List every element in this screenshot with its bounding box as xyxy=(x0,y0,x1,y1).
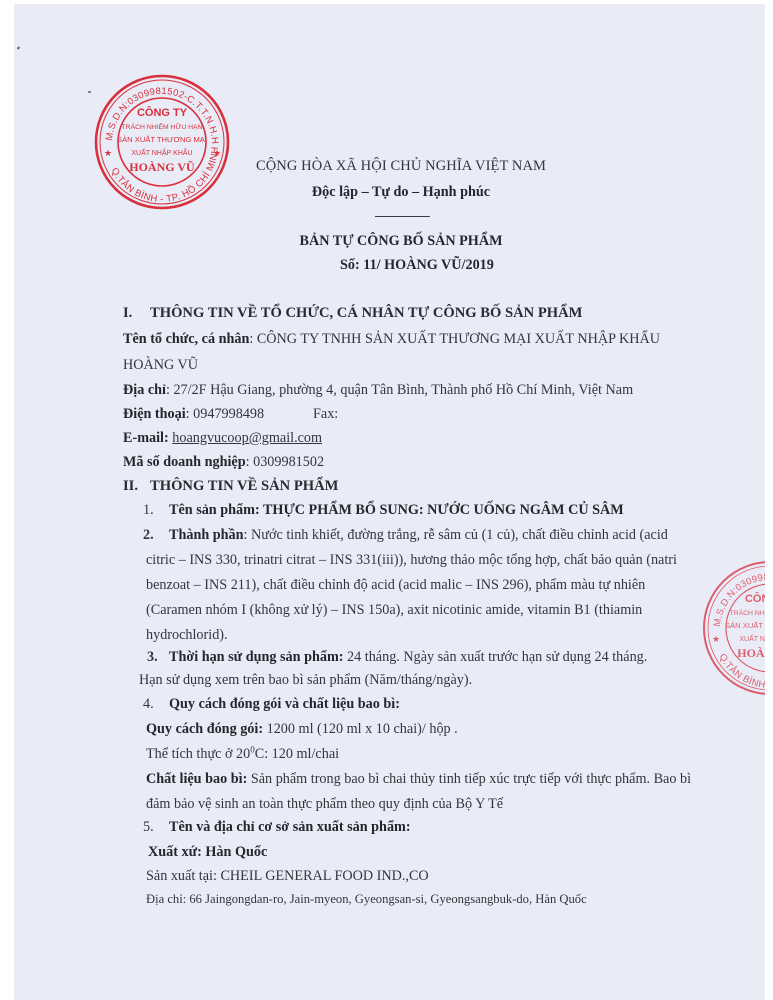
material-value: Sản phẩm trong bao bì chai thủy tinh tiế… xyxy=(247,771,691,787)
company-seal-stamp: M.S.D.N:0309981502-C.T.T.N.H.H Q.TÂN BÌN… xyxy=(92,72,232,212)
item-number: 1. xyxy=(143,501,169,519)
svg-text:★: ★ xyxy=(213,148,221,158)
manufacturer-heading-row: 5.Tên và địa chỉ cơ sở sản xuất sản phẩm… xyxy=(143,818,411,836)
ingredients-text-line: hydrochlorid). xyxy=(146,626,228,644)
ingredients-row: 2.Thành phần: Nước tinh khiết, đường trắ… xyxy=(143,526,668,544)
item-number: 4. xyxy=(143,695,169,713)
svg-text:SẢN XUẤT THƯƠNG MẠI: SẢN XUẤT THƯƠNG MẠI xyxy=(117,134,207,144)
product-name-row: 1.Tên sản phẩm: THỰC PHẨM BỔ SUNG: NƯỚC … xyxy=(143,501,624,519)
packaging-spec-value: 1200 ml (120 ml x 10 chai)/ hộp . xyxy=(263,721,458,737)
ingredients-text-line: (Caramen nhóm I (không xử lý) – INS 150a… xyxy=(146,601,642,619)
manufacturer-name: Sản xuất tại: CHEIL GENERAL FOOD IND.,CO xyxy=(146,867,429,885)
svg-text:★: ★ xyxy=(712,634,720,644)
section-1-heading: I.THÔNG TIN VỀ TỔ CHỨC, CÁ NHÂN TỰ CÔNG … xyxy=(123,304,582,322)
tax-code-row: Mã số doanh nghiệp: 0309981502 xyxy=(123,453,324,471)
shelf-life-label: Thời hạn sử dụng sản phẩm: xyxy=(169,649,343,665)
svg-text:HOÀNG VŨ: HOÀNG VŨ xyxy=(129,160,195,174)
phone-label: Điện thoại xyxy=(123,406,186,422)
org-name-row: Tên tổ chức, cá nhân: CÔNG TY TNHH SẢN X… xyxy=(123,330,660,348)
net-volume-text: Thể tích thực ở 20 xyxy=(146,746,250,762)
material-label: Chất liệu bao bì: xyxy=(146,771,247,787)
scan-margin xyxy=(765,0,773,1000)
org-name-label: Tên tổ chức, cá nhân xyxy=(123,331,249,347)
section-2-numeral: II. xyxy=(123,477,150,495)
tax-code-label: Mã số doanh nghiệp xyxy=(123,454,246,470)
org-name-row-cont: HOÀNG VŨ xyxy=(123,356,198,374)
net-volume-unit: C: 120 ml/chai xyxy=(255,746,339,762)
phone-value: : 0947998498 xyxy=(186,406,264,422)
address-label: Địa chỉ xyxy=(123,382,166,398)
document-number: Số: 11/ HOÀNG VŨ/2019 xyxy=(340,256,494,274)
email-link[interactable]: hoangvucoop@gmail.com xyxy=(172,430,322,446)
ingredients-text-line: benzoat – INS 211), chất điều chỉnh độ a… xyxy=(146,576,645,594)
scan-speck xyxy=(88,91,91,93)
product-name-label: Tên sản phẩm: xyxy=(169,502,260,518)
national-motto: Độc lập – Tự do – Hạnh phúc xyxy=(226,183,576,201)
svg-text:TRÁCH NHIỆM HỮU HẠN: TRÁCH NHIỆM HỮU HẠN xyxy=(122,122,203,131)
tax-code-value: : 0309981502 xyxy=(246,454,324,470)
email-row: E-mail: hoangvucoop@gmail.com xyxy=(123,429,322,447)
manufacturer-address: Địa chỉ: 66 Jaingongdan-ro, Jain-myeon, … xyxy=(146,890,587,908)
email-label: E-mail: xyxy=(123,430,169,446)
country-heading: CỘNG HÒA XÃ HỘI CHỦ NGHĨA VIỆT NAM xyxy=(226,157,576,175)
packaging-spec-label: Quy cách đóng gói: xyxy=(146,721,263,737)
net-volume-row: Thể tích thực ở 200C: 120 ml/chai xyxy=(146,745,339,763)
document-title: BẢN TỰ CÔNG BỐ SẢN PHẨM xyxy=(226,232,576,250)
manufacturer-heading: Tên và địa chỉ cơ sở sản xuất sản phẩm: xyxy=(169,819,411,835)
ingredients-label: Thành phần xyxy=(169,527,244,543)
phone-row: Điện thoại: 0947998498 xyxy=(123,405,264,423)
packaging-spec-row: Quy cách đóng gói: 1200 ml (120 ml x 10 … xyxy=(146,720,458,738)
address-row: Địa chỉ: 27/2F Hậu Giang, phường 4, quận… xyxy=(123,381,633,399)
shelf-life-value: 24 tháng. Ngày sản xuất trước hạn sử dụn… xyxy=(343,649,647,665)
material-row: Chất liệu bao bì: Sản phẩm trong bao bì … xyxy=(146,770,691,788)
svg-text:★: ★ xyxy=(104,148,112,158)
address-value: : 27/2F Hậu Giang, phường 4, quận Tân Bì… xyxy=(166,382,633,398)
shelf-life-row: 3.Thời hạn sử dụng sản phẩm: 24 tháng. N… xyxy=(147,648,647,666)
fax-label: Fax: xyxy=(313,405,338,423)
packaging-heading: Quy cách đóng gói và chất liệu bao bì: xyxy=(169,696,400,712)
section-1-title: THÔNG TIN VỀ TỔ CHỨC, CÁ NHÂN TỰ CÔNG BỐ… xyxy=(150,305,582,321)
item-number: 2. xyxy=(143,526,169,544)
shelf-life-note: Hạn sử dụng xem trên bao bì sản phẩm (Nă… xyxy=(139,671,472,689)
origin-row: Xuất xứ: Hàn Quốc xyxy=(148,843,267,861)
packaging-heading-row: 4.Quy cách đóng gói và chất liệu bao bì: xyxy=(143,695,400,713)
ingredients-text-line: citric – INS 330, trinatri citrat – INS … xyxy=(146,551,677,569)
section-1-numeral: I. xyxy=(123,304,150,322)
section-2-heading: II.THÔNG TIN VỀ SẢN PHẨM xyxy=(123,477,338,495)
section-2-title: THÔNG TIN VỀ SẢN PHẨM xyxy=(150,478,338,494)
company-seal-stamp-partial: M.S.D.N:0309981502-C.T.T.N.H.H Q.TÂN BÌN… xyxy=(700,558,773,698)
svg-text:XUẤT NHẬP KHẨU: XUẤT NHẬP KHẨU xyxy=(131,147,192,157)
org-name-value: : CÔNG TY TNHH SẢN XUẤT THƯƠNG MẠI XUẤT … xyxy=(249,331,660,347)
ingredients-text: : Nước tinh khiết, đường trắng, rễ sâm c… xyxy=(244,527,668,543)
item-number: 3. xyxy=(147,648,169,666)
header-divider xyxy=(375,216,430,217)
item-number: 5. xyxy=(143,818,169,836)
material-value-cont: đảm bảo vệ sinh an toàn thực phẩm theo q… xyxy=(146,795,503,813)
svg-text:CÔNG TY: CÔNG TY xyxy=(137,106,188,119)
product-name-value: THỰC PHẨM BỔ SUNG: NƯỚC UỐNG NGÂM CỦ SÂM xyxy=(260,502,624,518)
